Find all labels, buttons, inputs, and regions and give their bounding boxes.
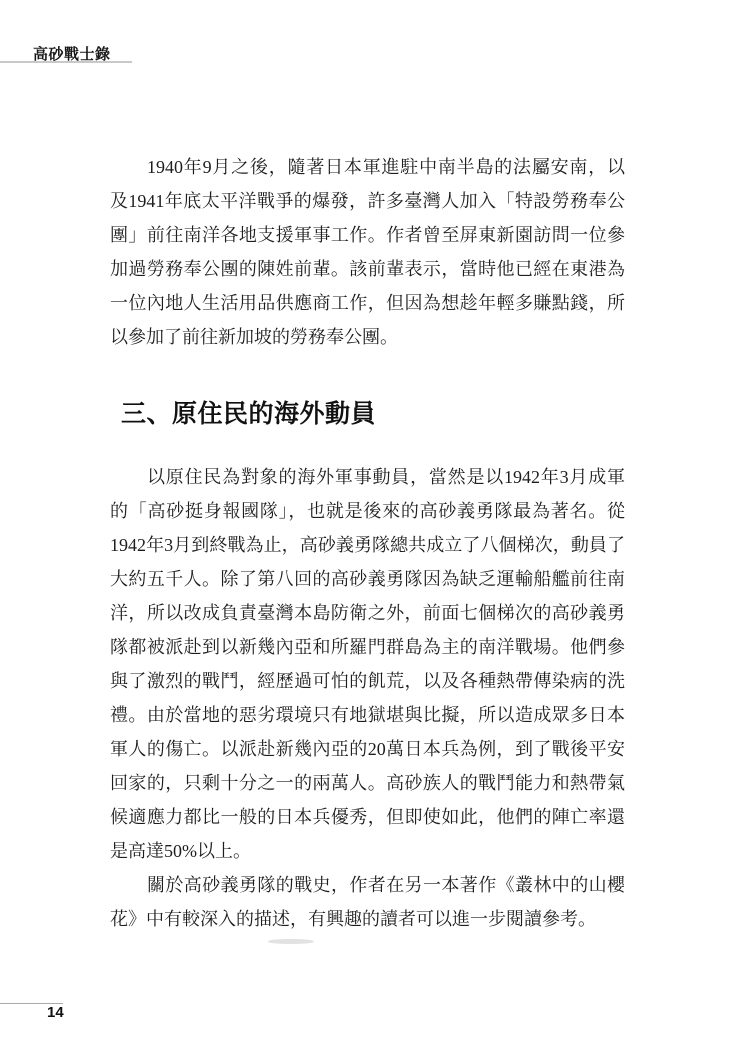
text-line: 與了激烈的戰鬥，經歷過可怕的飢荒，以及各種熱帶傳染病的洗 <box>110 664 625 698</box>
text-line: 的「高砂挺身報國隊」，也就是後來的高砂義勇隊最為著名。從 <box>110 494 625 528</box>
scan-smudge-artifact <box>268 939 314 944</box>
paragraph-1: 1940年9月之後，隨著日本軍進駐中南半島的法屬安南，以 及1941年底太平洋戰… <box>110 150 625 354</box>
text-line: 禮。由於當地的惡劣環境只有地獄堪與比擬，所以造成眾多日本 <box>110 698 625 732</box>
text-line: 加過勞務奉公團的陳姓前輩。該前輩表示，當時他已經在東港為 <box>110 252 625 286</box>
paragraph-2: 以原住民為對象的海外軍事動員，當然是以1942年3月成軍 的「高砂挺身報國隊」，… <box>110 460 625 868</box>
text-line: 團」前往南洋各地支援軍事工作。作者曾至屏東新園訪問一位參 <box>110 218 625 252</box>
text-line: 候適應力都比一般的日本兵優秀，但即使如此，他們的陣亡率還 <box>110 800 625 834</box>
text-line: 關於高砂義勇隊的戰史，作者在另一本著作《叢林中的山櫻 <box>110 868 625 902</box>
text-line: 洋，所以改成負責臺灣本島防衛之外，前面七個梯次的高砂義勇 <box>110 596 625 630</box>
paragraph-3: 關於高砂義勇隊的戰史，作者在另一本著作《叢林中的山櫻 花》中有較深入的描述，有興… <box>110 868 625 936</box>
book-page: 高砂戰士錄 1940年9月之後，隨著日本軍進駐中南半島的法屬安南，以 及1941… <box>0 0 750 1046</box>
text-line: 軍人的傷亡。以派赴新幾內亞的20萬日本兵為例，到了戰後平安 <box>110 732 625 766</box>
text-line: 回家的，只剩十分之一的兩萬人。高砂族人的戰鬥能力和熱帶氣 <box>110 766 625 800</box>
text-line: 及1941年底太平洋戰爭的爆發，許多臺灣人加入「特設勞務奉公 <box>110 184 625 218</box>
section-heading: 三、原住民的海外動員 <box>121 394 376 430</box>
text-line: 花》中有較深入的描述，有興趣的讀者可以進一步閱讀參考。 <box>110 902 625 936</box>
text-line: 隊都被派赴到以新幾內亞和所羅門群島為主的南洋戰場。他們參 <box>110 630 625 664</box>
page-number: 14 <box>47 1004 64 1021</box>
text-line: 以原住民為對象的海外軍事動員，當然是以1942年3月成軍 <box>110 460 625 494</box>
header-rule <box>0 61 132 63</box>
text-line: 一位內地人生活用品供應商工作，但因為想趁年輕多賺點錢，所 <box>110 286 625 320</box>
text-line: 大約五千人。除了第八回的高砂義勇隊因為缺乏運輸船艦前往南 <box>110 562 625 596</box>
text-line: 以參加了前往新加坡的勞務奉公團。 <box>110 320 625 354</box>
text-line: 1942年3月到終戰為止，高砂義勇隊總共成立了八個梯次，動員了 <box>110 528 625 562</box>
text-line: 1940年9月之後，隨著日本軍進駐中南半島的法屬安南，以 <box>110 150 625 184</box>
text-line: 是高達50%以上。 <box>110 834 625 868</box>
